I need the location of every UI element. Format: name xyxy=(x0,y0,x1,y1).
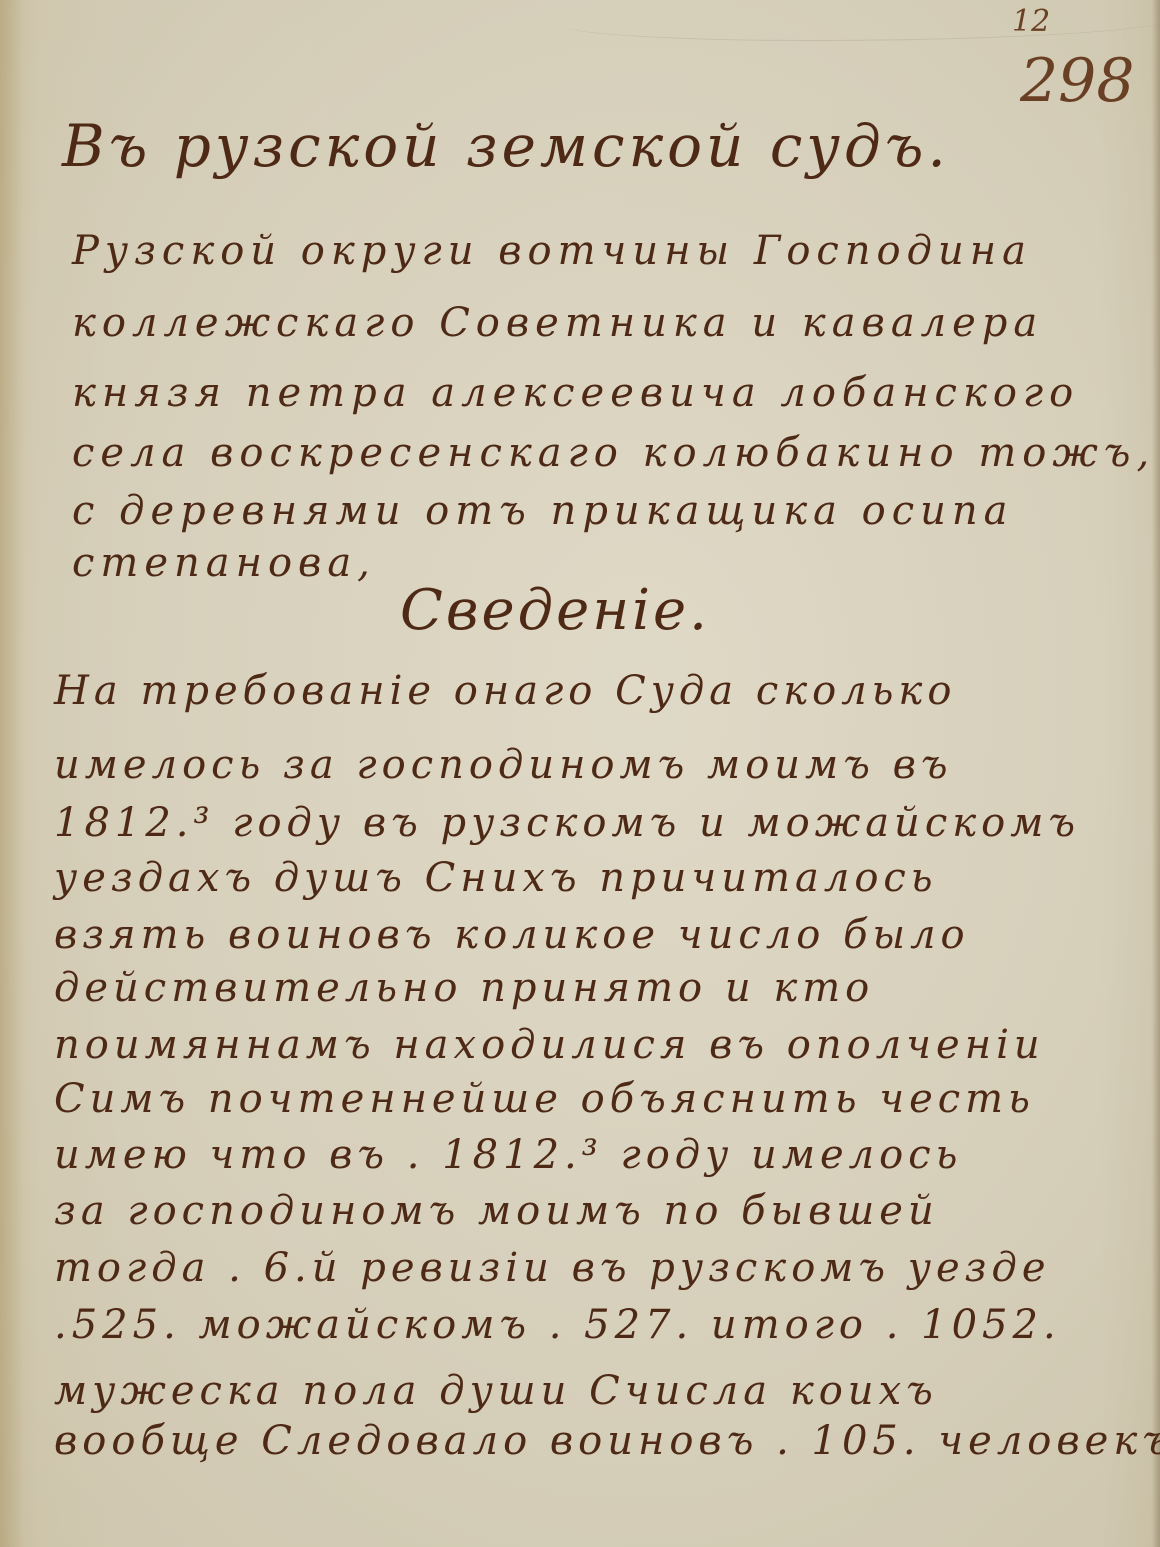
body-line: мужеска пола души Счисла коихъ xyxy=(54,1368,938,1414)
address-line: с деревнями отъ прикащика осипа xyxy=(72,488,1014,534)
address-line: села воскресенскаго колюбакино тожъ, xyxy=(72,430,1155,476)
body-line: действительно принято и кто xyxy=(54,965,874,1011)
address-line: степанова, xyxy=(72,540,376,586)
address-line: князя петра алексеевича лобанского xyxy=(72,370,1079,416)
body-line: за господиномъ моимъ по бывшей xyxy=(54,1188,939,1234)
addressee-heading: Въ рузской земской судъ. xyxy=(62,112,950,180)
body-line: поимяннамъ находилися въ ополченiи xyxy=(54,1022,1045,1068)
body-line: имелось за господиномъ моимъ въ xyxy=(54,742,953,788)
body-line: вообще Следовало воиновъ . 105. человекъ xyxy=(54,1418,1160,1464)
binding-shadow xyxy=(0,0,24,1547)
body-line: На требованiе онаго Суда сколько xyxy=(54,668,956,714)
page-edge xyxy=(1152,0,1160,1547)
document-title: Сведенiе. xyxy=(400,578,710,643)
document-page: 12 298 Въ рузской земской судъ. Рузской … xyxy=(0,0,1160,1547)
body-line: имею что въ . 1812.³ году имелось xyxy=(54,1132,962,1178)
paper-crease xyxy=(560,0,1160,41)
folio-number: 298 xyxy=(1020,46,1135,116)
body-line: Симъ почтеннейше объяснить честь xyxy=(54,1076,1035,1122)
body-line: уездахъ душъ Снихъ причиталось xyxy=(54,855,938,901)
folio-number-small: 12 xyxy=(1012,4,1050,39)
body-line: 1812.³ году въ рузскомъ и можайскомъ xyxy=(54,800,1080,846)
body-line: .525. можайскомъ . 527. итого . 1052. xyxy=(54,1302,1061,1348)
address-line: коллежскаго Советника и кавалера xyxy=(72,300,1043,346)
body-line: взять воиновъ коликое число было xyxy=(54,912,970,958)
body-line: тогда . 6.й ревизiи въ рузскомъ уезде xyxy=(54,1245,1051,1291)
address-line: Рузской округи вотчины Господина xyxy=(72,228,1032,274)
